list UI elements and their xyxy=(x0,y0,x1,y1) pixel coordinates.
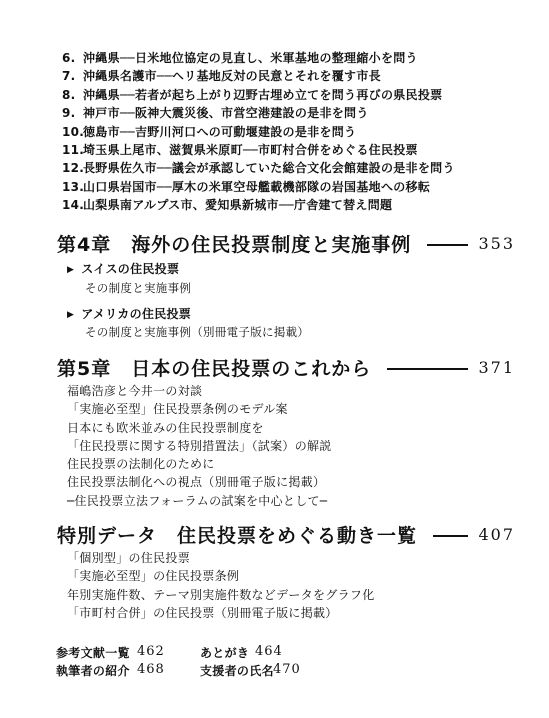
subitem-label: 「市町村合併」の住民投票（別冊電子版に掲載） xyxy=(67,604,375,622)
toc-item: 9.神戸市──阪神大震災後、市営空港建設の是非を問う xyxy=(62,104,455,122)
item-title: 沖縄県名護市──ヘリ基地反対の民意とそれを覆す市長 xyxy=(83,67,381,85)
item-number: 7. xyxy=(62,67,83,85)
item-number: 6. xyxy=(62,49,83,67)
subitem-label: 日本にも欧米並みの住民投票制度を xyxy=(67,419,332,437)
item-number: 8. xyxy=(62,86,83,104)
page-number: 371 xyxy=(478,358,515,377)
leader-line xyxy=(387,368,468,370)
item-title: 徳島市──吉野川河口への可動堰建設の是非を問う xyxy=(83,123,356,141)
item-title: 長野県佐久市──議会が承認していた総合文化会館建設の是非を問う xyxy=(83,159,455,177)
toc-item: 6.沖縄県──日米地位協定の見直し、米軍基地の整理縮小を問う xyxy=(62,49,455,67)
page-number: 407 xyxy=(478,525,515,544)
subitem-label: アメリカの住民投票 xyxy=(81,307,191,321)
item-number: 11. xyxy=(62,141,83,159)
chapter-4-subitem: その制度と実施事例（別冊電子版に掲載） xyxy=(85,324,309,340)
footer-label: 支援者の氏名 xyxy=(200,662,274,679)
case-list: 6.沖縄県──日米地位協定の見直し、米軍基地の整理縮小を問う 7.沖縄県名護市─… xyxy=(62,49,455,215)
subitem-label: スイスの住民投票 xyxy=(81,262,179,276)
subitem-label: 「住民投票に関する特別措置法」（試案）の解説 xyxy=(67,437,332,455)
chapter-4-subitem: ▶スイスの住民投票 xyxy=(67,260,179,277)
item-number: 14. xyxy=(62,196,83,214)
item-number: 13. xyxy=(62,178,83,196)
item-title: 埼玉県上尾市、滋賀県米原町──市町村合併をめぐる住民投票 xyxy=(83,141,418,159)
subitem-label: ─住民投票立法フォーラムの試案を中心として─ xyxy=(67,492,332,510)
item-number: 12. xyxy=(62,159,83,177)
subitem-label: 住民投票の法制化のために xyxy=(67,455,332,473)
toc-item: 10.徳島市──吉野川河口への可動堰建設の是非を問う xyxy=(62,123,455,141)
subitem-label: その制度と実施事例（別冊電子版に掲載） xyxy=(85,325,309,339)
toc-item: 12.長野県佐久市──議会が承認していた総合文化会館建設の是非を問う xyxy=(62,159,455,177)
subitem-label: 「実施必至型」住民投票条例のモデル案 xyxy=(67,400,332,418)
toc-item: 11.埼玉県上尾市、滋賀県米原町──市町村合併をめぐる住民投票 xyxy=(62,141,455,159)
chapter-4-subitem: ▶アメリカの住民投票 xyxy=(67,305,191,322)
leader-line xyxy=(427,244,468,246)
page-number: 462 xyxy=(137,644,165,659)
chapter-title: 第5章 日本の住民投票のこれから xyxy=(57,354,371,381)
special-data-subitems: 「個別型」の住民投票 「実施必至型」の住民投票条例 年別実施件数、テーマ別実施件… xyxy=(67,549,375,622)
toc-item: 14.山梨県南アルプス市、愛知県新城市──庁舎建て替え問題 xyxy=(62,196,455,214)
item-number: 9. xyxy=(62,104,83,122)
chapter-4-heading: 第4章 海外の住民投票制度と実施事例 353 xyxy=(57,230,515,257)
chapter-title: 第4章 海外の住民投票制度と実施事例 xyxy=(57,230,411,257)
subitem-label: 年別実施件数、テーマ別実施件数などデータをグラフ化 xyxy=(67,586,375,604)
triangle-marker-icon: ▶ xyxy=(67,265,74,275)
item-title: 沖縄県──日米地位協定の見直し、米軍基地の整理縮小を問う xyxy=(83,49,418,67)
page-number: 468 xyxy=(137,662,165,677)
chapter-title: 特別データ 住民投票をめぐる動き一覧 xyxy=(57,521,417,548)
subitem-label: 福嶋浩彦と今井一の対談 xyxy=(67,382,332,400)
footer-label: 執筆者の紹介 xyxy=(56,662,130,679)
special-data-heading: 特別データ 住民投票をめぐる動き一覧 407 xyxy=(57,521,515,548)
triangle-marker-icon: ▶ xyxy=(67,310,74,320)
item-title: 山梨県南アルプス市、愛知県新城市──庁舎建て替え問題 xyxy=(83,196,392,214)
footer-row: 参考文献一覧 462 あとがき 464 xyxy=(56,644,406,660)
item-title: 神戸市──阪神大震災後、市営空港建設の是非を問う xyxy=(83,104,369,122)
footer-label: あとがき xyxy=(200,644,249,661)
subitem-label: 「実施必至型」の住民投票条例 xyxy=(67,567,375,585)
page-number: 353 xyxy=(478,234,515,253)
item-title: 山口県岩国市──厚木の米軍空母艦載機部隊の岩国基地への移転 xyxy=(83,178,430,196)
chapter-5-heading: 第5章 日本の住民投票のこれから 371 xyxy=(57,354,515,381)
leader-line xyxy=(433,535,468,537)
subitem-label: その制度と実施事例 xyxy=(85,281,191,295)
toc-item: 8.沖縄県──若者が起ち上がり辺野古埋め立てを問う再びの県民投票 xyxy=(62,86,455,104)
footer-label: 参考文献一覧 xyxy=(56,644,130,661)
toc-page: 6.沖縄県──日米地位協定の見直し、米軍基地の整理縮小を問う 7.沖縄県名護市─… xyxy=(0,0,549,718)
footer-row: 執筆者の紹介 468 支援者の氏名 470 xyxy=(56,662,406,678)
subitem-label: 住民投票法制化への視点（別冊電子版に掲載） xyxy=(67,473,332,491)
subitem-label: 「個別型」の住民投票 xyxy=(67,549,375,567)
page-number: 470 xyxy=(273,662,301,677)
item-title: 沖縄県──若者が起ち上がり辺野古埋め立てを問う再びの県民投票 xyxy=(83,86,442,104)
chapter-4-subitem: その制度と実施事例 xyxy=(85,280,191,296)
chapter-5-subitems: 福嶋浩彦と今井一の対談 「実施必至型」住民投票条例のモデル案 日本にも欧米並みの… xyxy=(67,382,332,510)
toc-item: 7.沖縄県名護市──ヘリ基地反対の民意とそれを覆す市長 xyxy=(62,67,455,85)
toc-item: 13.山口県岩国市──厚木の米軍空母艦載機部隊の岩国基地への移転 xyxy=(62,178,455,196)
page-number: 464 xyxy=(255,644,283,659)
item-number: 10. xyxy=(62,123,83,141)
